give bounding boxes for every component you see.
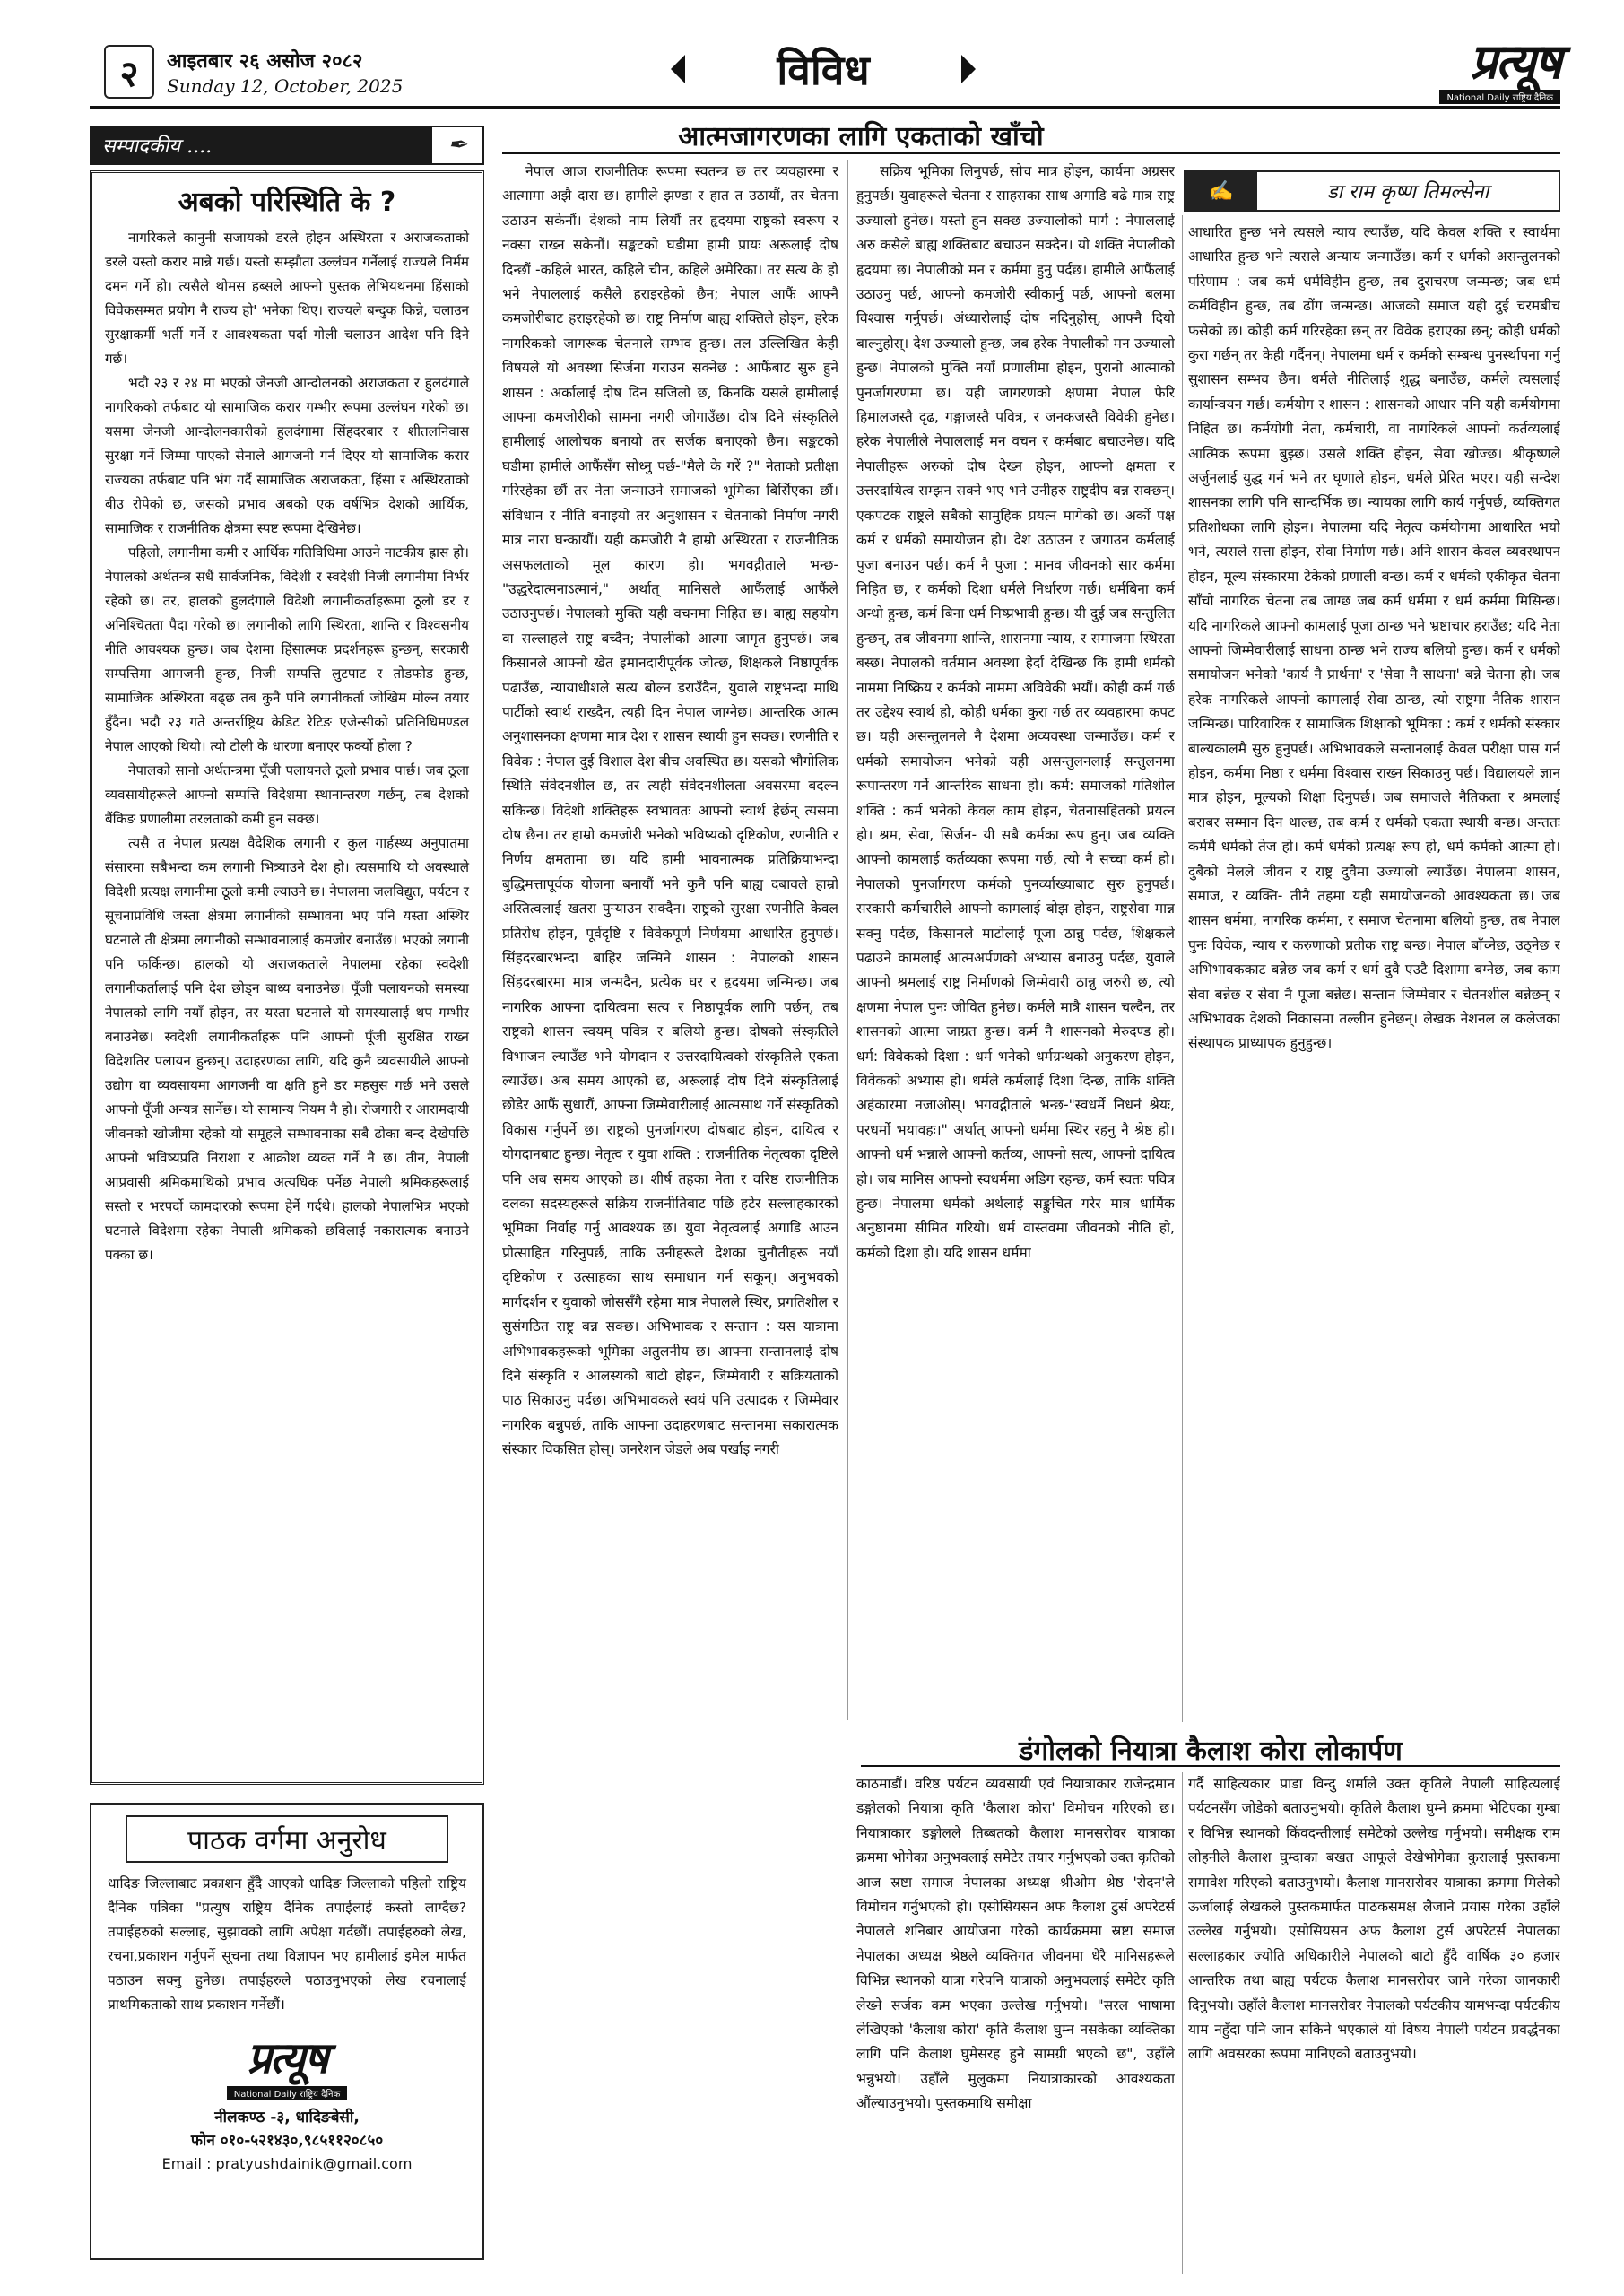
section-nav: विविध [671,39,976,99]
editorial-label-text: सम्पादकीय .... [102,132,212,159]
editorial-column: सम्पादकीय .... ✒ अबको परिस्थिति के ? नाग… [90,126,484,1785]
main-article-column-1: नेपाल आज राजनीतिक रूपमा स्वतन्त्र छ तर व… [502,160,838,2258]
masthead-subtitle: National Daily राष्ट्रिय दैनिक [1439,90,1560,104]
date-english: Sunday 12, October, 2025 [167,75,403,97]
main-article-column-3: आधारित हुन्छ भने त्यसले न्याय ल्याउँछ, य… [1188,221,1560,1720]
reader-notice-box: पाठक वर्गमा अनुरोध धादिङ जिल्लाबाट प्रका… [90,1803,484,2260]
main-article-headline: आत्मजागरणका लागि एकताको खाँचो [502,117,1220,153]
editorial-body: नागरिकले कानुनी सजायको डरले होइन अस्थिरत… [105,226,469,1267]
editorial-box: अबको परिस्थिति के ? नागरिकले कानुनी सजाय… [90,170,484,1785]
page-header: २ आइतबार २६ असोज २०८२ Sunday 12, October… [90,36,1560,117]
column-text: आधारित हुन्छ भने त्यसले न्याय ल्याउँछ, य… [1188,221,1560,1057]
news-article-column-2: गर्दै साहित्यकार प्राडा विन्दु शर्माले उ… [1188,1772,1560,2274]
author-name: डा राम कृष्ण तिमल्सेना [1257,178,1559,204]
email-link[interactable]: Email : pratyushdainik@gmail.com [108,2152,466,2176]
writing-hand-icon: ✍ [1185,172,1257,210]
author-byline: ✍ डा राम कृष्ण तिमल्सेना [1184,170,1560,212]
editorial-title: अबको परिस्थिति के ? [105,182,469,219]
editorial-paragraph: त्यसै त नेपाल प्रत्यक्ष वैदेशिक लगानी र … [105,831,469,1267]
date-nepali: आइतबार २६ असोज २०८२ [167,47,362,74]
main-article-column-2: सक्रिय भूमिका लिनुपर्छ, सोच मात्र होइन, … [856,160,1175,1720]
column-text: नेपाल आज राजनीतिक रूपमा स्वतन्त्र छ तर व… [502,160,838,1463]
column-text: सक्रिय भूमिका लिनुपर्छ, सोच मात्र होइन, … [856,160,1175,1265]
column-divider [1182,1772,1183,2274]
section-title: विविध [777,41,869,97]
column-divider [847,160,848,1720]
masthead-logo: प्रत्यूष National Daily राष्ट्रिय दैनिक [1381,34,1560,106]
column-divider [1182,215,1183,1722]
news-article-headline: डंगोलको नियात्रा कैलाश कोरा लोकार्पण [861,1731,1560,1768]
editorial-paragraph: पहिलो, लगानीमा कमी र आर्थिक गतिविधिमा आउ… [105,541,469,759]
editorial-paragraph: नेपालको सानो अर्थतन्त्रमा पूँजी पलायनले … [105,759,469,831]
previous-section-arrow-icon[interactable] [671,55,685,83]
news-headline-divider [861,1765,1560,1767]
masthead-title: प्रत्यूष [1470,34,1560,90]
editorial-paragraph: नागरिकले कानुनी सजायको डरले होइन अस्थिरत… [105,226,469,371]
header-divider [90,106,1560,109]
page-number: २ [104,45,154,99]
logo-title: प्रत्यूष [202,2033,372,2083]
column-text: गर्दै साहित्यकार प्राडा विन्दु शर्माले उ… [1188,1772,1560,2067]
headline-divider [502,152,1560,154]
editorial-paragraph: भदौ २३ र २४ मा भएको जेनजी आन्दोलनको अराज… [105,371,469,541]
column-text: काठमाडौं। वरिष्ठ पर्यटन व्यवसायी एवं निय… [856,1772,1175,2117]
next-section-arrow-icon[interactable] [961,55,976,83]
phone: फोन ०१०-५२१४३०,९८५११२०८५० [108,2129,466,2152]
editorial-label: सम्पादकीय .... ✒ [90,126,484,165]
reader-notice-text: धादिङ जिल्लाबाट प्रकाशन हुँदै आएको धादिङ… [108,1872,466,2017]
address: नीलकण्ठ -३, धादिङबेसी, [108,2106,466,2129]
reader-notice-logo: प्रत्यूष National Daily राष्ट्रिय दैनिक [202,2033,372,2100]
contact-info: नीलकण्ठ -३, धादिङबेसी, फोन ०१०-५२१४३०,९८… [108,2106,466,2176]
logo-subtitle: National Daily राष्ट्रिय दैनिक [227,2086,348,2100]
reader-notice-title: पाठक वर्गमा अनुरोध [126,1815,448,1863]
pen-icon: ✒ [430,126,484,165]
news-article-column-1: काठमाडौं। वरिष्ठ पर्यटन व्यवसायी एवं निय… [856,1772,1175,2274]
